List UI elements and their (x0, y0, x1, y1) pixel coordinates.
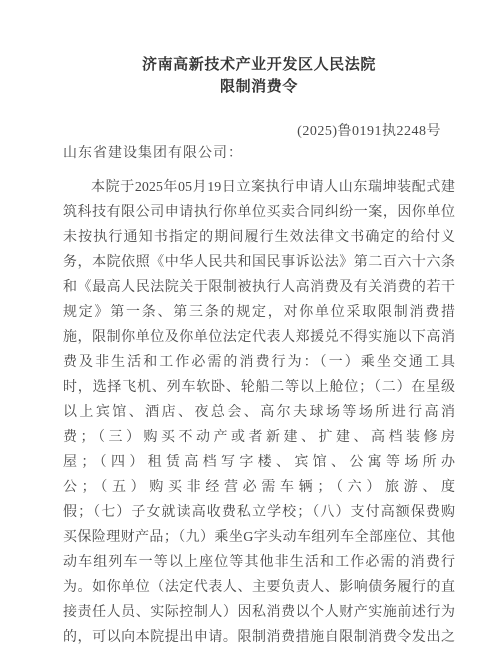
body-line: 筑科技有限公司申请执行你单位买卖合同纠纷一案，因你单位 (63, 200, 455, 225)
document-title: 限制消费令 (63, 76, 455, 98)
body-line: 动车组列车一等以上座位等其他非生活和工作必需的消费行 (63, 550, 455, 575)
body-line: 和《最高人民法院关于限制被执行人高消费及有关消费的若干 (63, 275, 455, 300)
body-line: 买保险理财产品；（九）乘坐G字头动车组列车全部座位、其他 (63, 525, 455, 550)
body-line: 时，选择飞机、列车软卧、轮船二等以上舱位；（二）在星级 (63, 375, 455, 400)
document-body: 本院于2025年05月19日立案执行申请人山东瑞坤装配式建筑科技有限公司申请执行… (63, 175, 455, 648)
body-line: 公；（五）购买非经营必需车辆；（六）旅游、度 (63, 475, 455, 500)
body-line: 为。如你单位（法定代表人、主要负责人、影响债务履行的直 (63, 575, 455, 600)
body-line: 费；（三）购买不动产或者新建、扩建、高档装修房 (63, 425, 455, 450)
body-line: 以上宾馆、酒店、夜总会、高尔夫球场等场所进行高消 (63, 400, 455, 425)
body-line: 的，可以向本院提出申请。限制消费措施自限制消费令发出之 (63, 625, 455, 648)
body-line: 本院于2025年05月19日立案执行申请人山东瑞坤装配式建 (63, 175, 455, 200)
body-line: 费及非生活和工作必需的消费行为：（一）乘坐交通工具 (63, 350, 455, 375)
body-line: 屋；（四）租赁高档写字楼、宾馆、公寓等场所办 (63, 450, 455, 475)
body-line: 规定》第一条、第三条的规定，对你单位采取限制消费措 (63, 300, 455, 325)
court-document-page: 济南高新技术产业开发区人民法院 限制消费令 (2025)鲁0191执2248号 … (0, 0, 491, 648)
addressee: 山东省建设集团有限公司： (63, 145, 455, 163)
body-line: 接责任人员、实际控制人）因私消费以个人财产实施前述行为 (63, 600, 455, 625)
court-name: 济南高新技术产业开发区人民法院 (63, 54, 455, 76)
body-line: 假；（七）子女就读高收费私立学校；（八）支付高额保费购 (63, 500, 455, 525)
body-line: 施，限制你单位及你单位法定代表人郑援兑不得实施以下高消 (63, 325, 455, 350)
case-number: (2025)鲁0191执2248号 (63, 123, 455, 141)
body-line: 务，本院依照《中华人民共和国民事诉讼法》第二百六十六条 (63, 250, 455, 275)
body-line: 未按执行通知书指定的期间履行生效法律文书确定的给付义 (63, 225, 455, 250)
